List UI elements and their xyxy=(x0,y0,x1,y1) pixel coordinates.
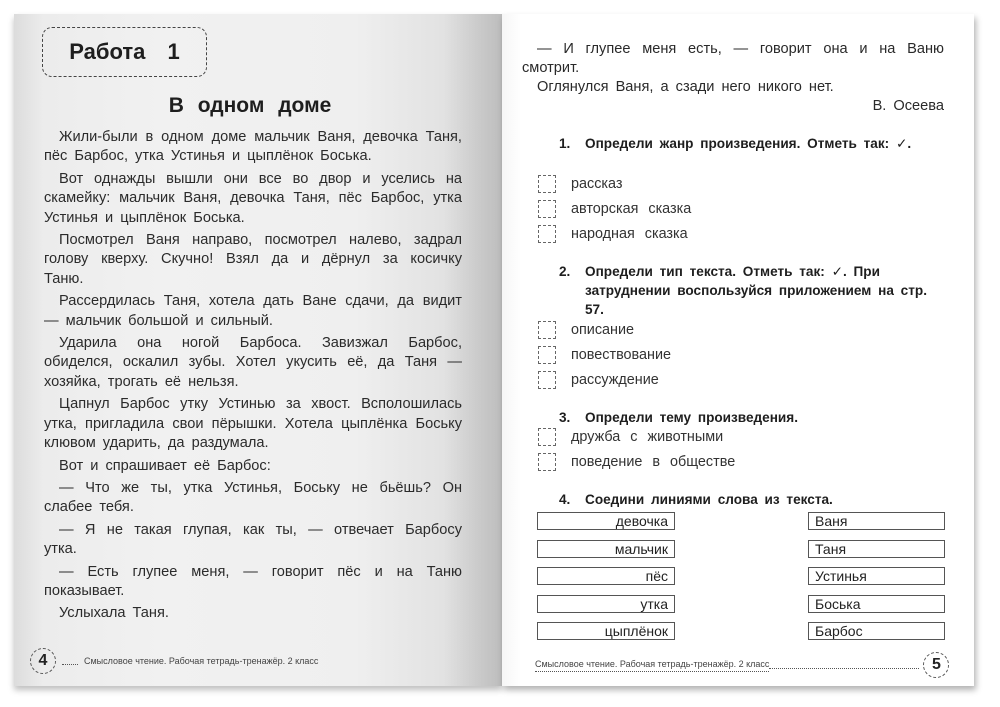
story-paragraph: Рассердилась Таня, хотела дать Ване сдач… xyxy=(44,292,462,331)
option-label: рассуждение xyxy=(571,372,659,388)
page-number-right: 5 xyxy=(923,652,949,678)
story-paragraph: Услыхала Таня. xyxy=(44,604,462,623)
option-label: народная сказка xyxy=(571,226,688,242)
story-title: В одном доме xyxy=(40,94,460,118)
story-paragraph: Оглянулся Ваня, а сзади него никого нет. xyxy=(522,78,944,97)
option-label: поведение в обществе xyxy=(571,454,735,470)
question-text: Определи тему произведения. xyxy=(585,410,798,425)
right-footer: Смысловое чтение. Рабочая тетрадь-тренаж… xyxy=(535,652,949,678)
story-paragraph: Ударила она ногой Барбоса. Завизжал Барб… xyxy=(44,334,462,392)
match-right-word[interactable]: Барбос xyxy=(808,622,945,640)
question-number: 1. xyxy=(559,134,570,153)
checkbox[interactable] xyxy=(538,428,556,446)
story-paragraph: Посмотрел Ваня направо, посмотрел налево… xyxy=(44,231,462,289)
question-number: 3. xyxy=(559,408,570,427)
question-number: 4. xyxy=(559,490,570,509)
option-q1-2[interactable]: авторская сказка xyxy=(538,198,691,220)
option-q2-2[interactable]: повествование xyxy=(538,344,671,366)
story-paragraph: — Есть глупее меня, — говорит пёс и на Т… xyxy=(44,563,462,602)
question-number: 2. xyxy=(559,262,570,281)
checkbox[interactable] xyxy=(538,321,556,339)
match-left-word[interactable]: цыплёнок xyxy=(537,622,675,640)
question-4: 4. Соедини линиями слова из текста. xyxy=(585,490,945,509)
option-label: рассказ xyxy=(571,176,622,192)
story-paragraph: — Что же ты, утка Устинья, Боську не бьё… xyxy=(44,479,462,518)
question-3: 3. Определи тему произведения. xyxy=(585,408,945,427)
dotted-line-decoration xyxy=(769,662,919,669)
question-text: Определи жанр произведения. Отметь так: … xyxy=(585,136,911,151)
story-ending: — И глупее меня есть, — говорит она и на… xyxy=(522,40,944,116)
checkbox[interactable] xyxy=(538,453,556,471)
story-paragraph: Жили-были в одном доме мальчик Ваня, дев… xyxy=(44,128,462,167)
option-label: описание xyxy=(571,322,634,338)
checkbox[interactable] xyxy=(538,371,556,389)
checkbox[interactable] xyxy=(538,175,556,193)
footer-text-right: Смысловое чтение. Рабочая тетрадь-тренаж… xyxy=(535,659,769,672)
story-paragraph: — И глупее меня есть, — говорит она и на… xyxy=(522,40,944,78)
option-q3-2[interactable]: поведение в обществе xyxy=(538,451,735,473)
match-right-word[interactable]: Боська xyxy=(808,595,945,613)
question-2: 2. Определи тип текста. Отметь так: ✓. П… xyxy=(585,262,945,319)
option-q2-3[interactable]: рассуждение xyxy=(538,369,659,391)
option-label: дружба с животными xyxy=(571,429,723,445)
work-number: 1 xyxy=(167,39,179,65)
checkbox[interactable] xyxy=(538,346,556,364)
story-paragraph: Цапнул Барбос утку Устинью за хвост. Всп… xyxy=(44,395,462,453)
footer-text-left: Смысловое чтение. Рабочая тетрадь-тренаж… xyxy=(84,656,318,666)
match-left-word[interactable]: девочка xyxy=(537,512,675,530)
work-label: Работа xyxy=(69,39,145,65)
option-label: повествование xyxy=(571,347,671,363)
option-q2-1[interactable]: описание xyxy=(538,319,634,341)
match-left-word[interactable]: мальчик xyxy=(537,540,675,558)
match-left-word[interactable]: утка xyxy=(537,595,675,613)
story-paragraph: Вот однажды вышли они все во двор и усел… xyxy=(44,170,462,228)
option-label: авторская сказка xyxy=(571,201,691,217)
match-right-word[interactable]: Ваня xyxy=(808,512,945,530)
story-paragraph: Вот и спрашивает её Барбос: xyxy=(44,457,462,476)
option-q3-1[interactable]: дружба с животными xyxy=(538,426,723,448)
work-heading-box: Работа 1 xyxy=(42,27,207,77)
question-text: Определи тип текста. Отметь так: ✓. При … xyxy=(585,264,927,317)
left-footer: 4 Смысловое чтение. Рабочая тетрадь-трен… xyxy=(30,648,318,674)
option-q1-3[interactable]: народная сказка xyxy=(538,223,688,245)
checkbox[interactable] xyxy=(538,225,556,243)
option-q1-1[interactable]: рассказ xyxy=(538,173,622,195)
match-right-word[interactable]: Устинья xyxy=(808,567,945,585)
match-left-word[interactable]: пёс xyxy=(537,567,675,585)
match-right-word[interactable]: Таня xyxy=(808,540,945,558)
story-text: Жили-были в одном доме мальчик Ваня, дев… xyxy=(44,128,462,627)
question-1: 1. Определи жанр произведения. Отметь та… xyxy=(585,134,945,153)
checkbox[interactable] xyxy=(538,200,556,218)
dotted-line-decoration xyxy=(62,658,78,665)
question-text: Соедини линиями слова из текста. xyxy=(585,492,833,507)
page-number-left: 4 xyxy=(30,648,56,674)
story-paragraph: — Я не такая глупая, как ты, — отвечает … xyxy=(44,521,462,560)
author: В. Осеева xyxy=(522,97,944,116)
